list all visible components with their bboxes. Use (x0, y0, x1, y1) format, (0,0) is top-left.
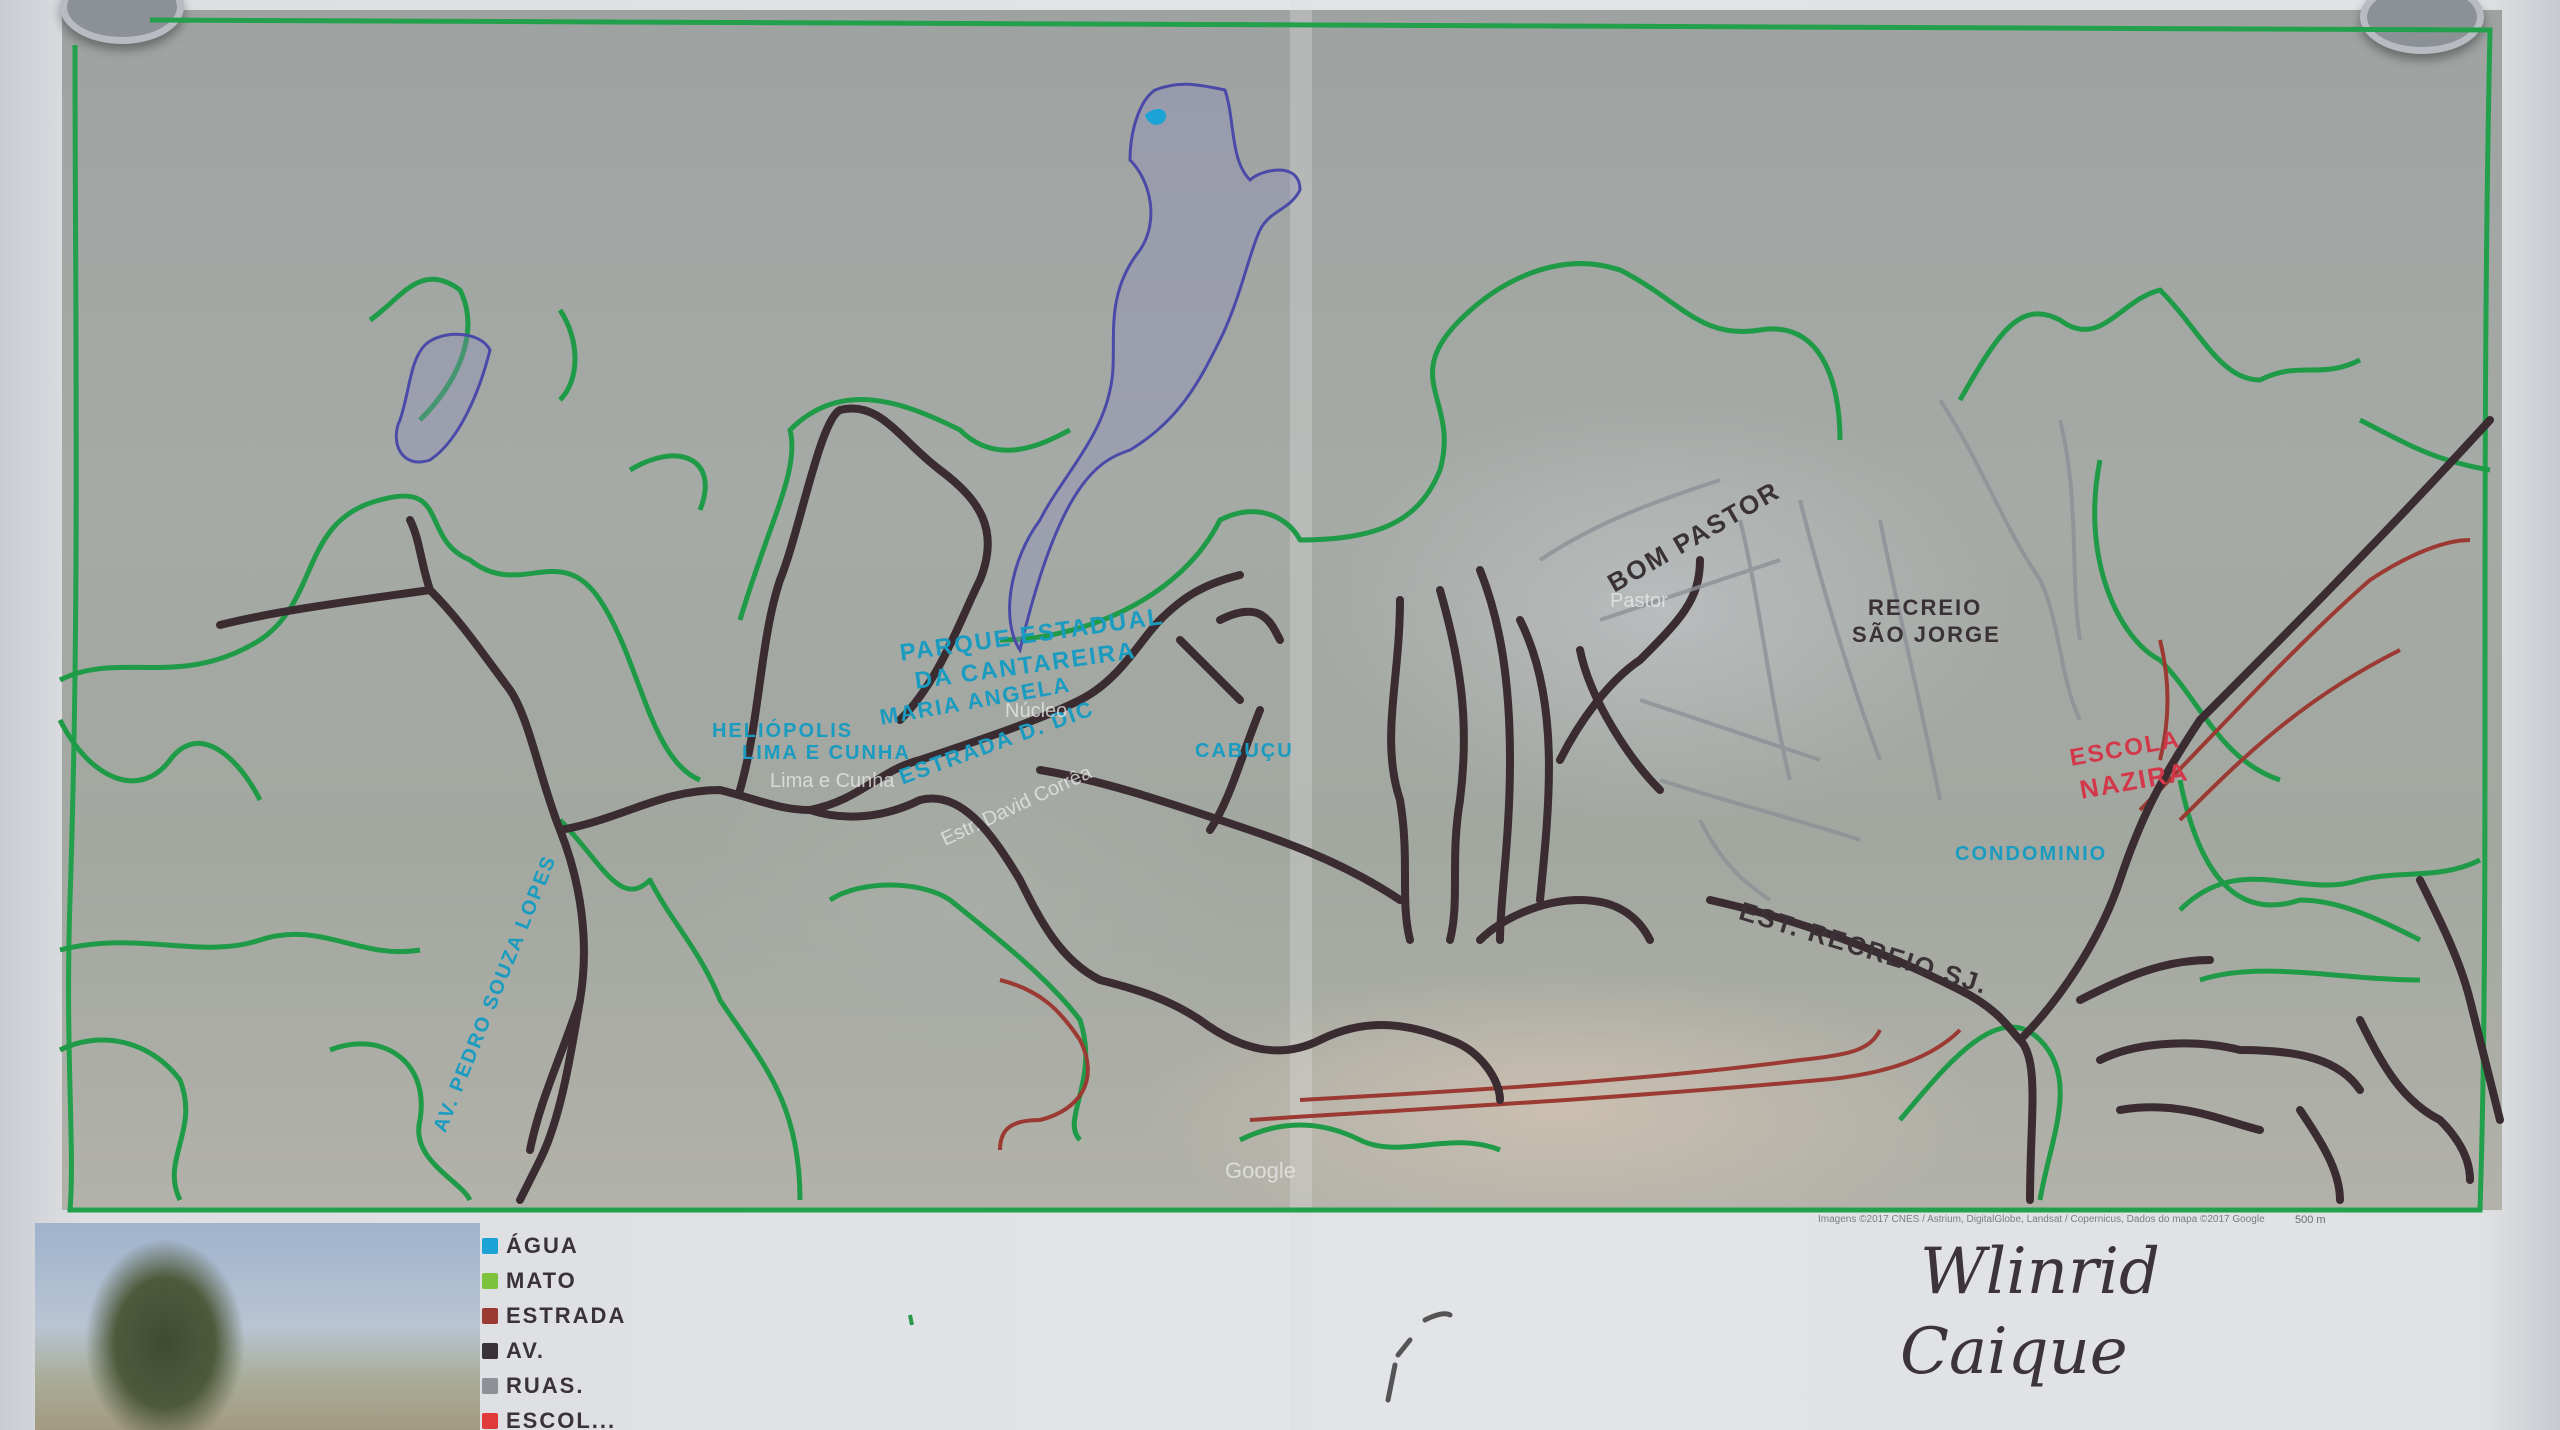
signature: Wlinrid Caique (1920, 1232, 2160, 1392)
signature-line1: Wlinrid (1920, 1232, 2160, 1312)
signature-line2: Caique (1900, 1312, 2160, 1392)
stray-pen-marks (0, 0, 2560, 1430)
